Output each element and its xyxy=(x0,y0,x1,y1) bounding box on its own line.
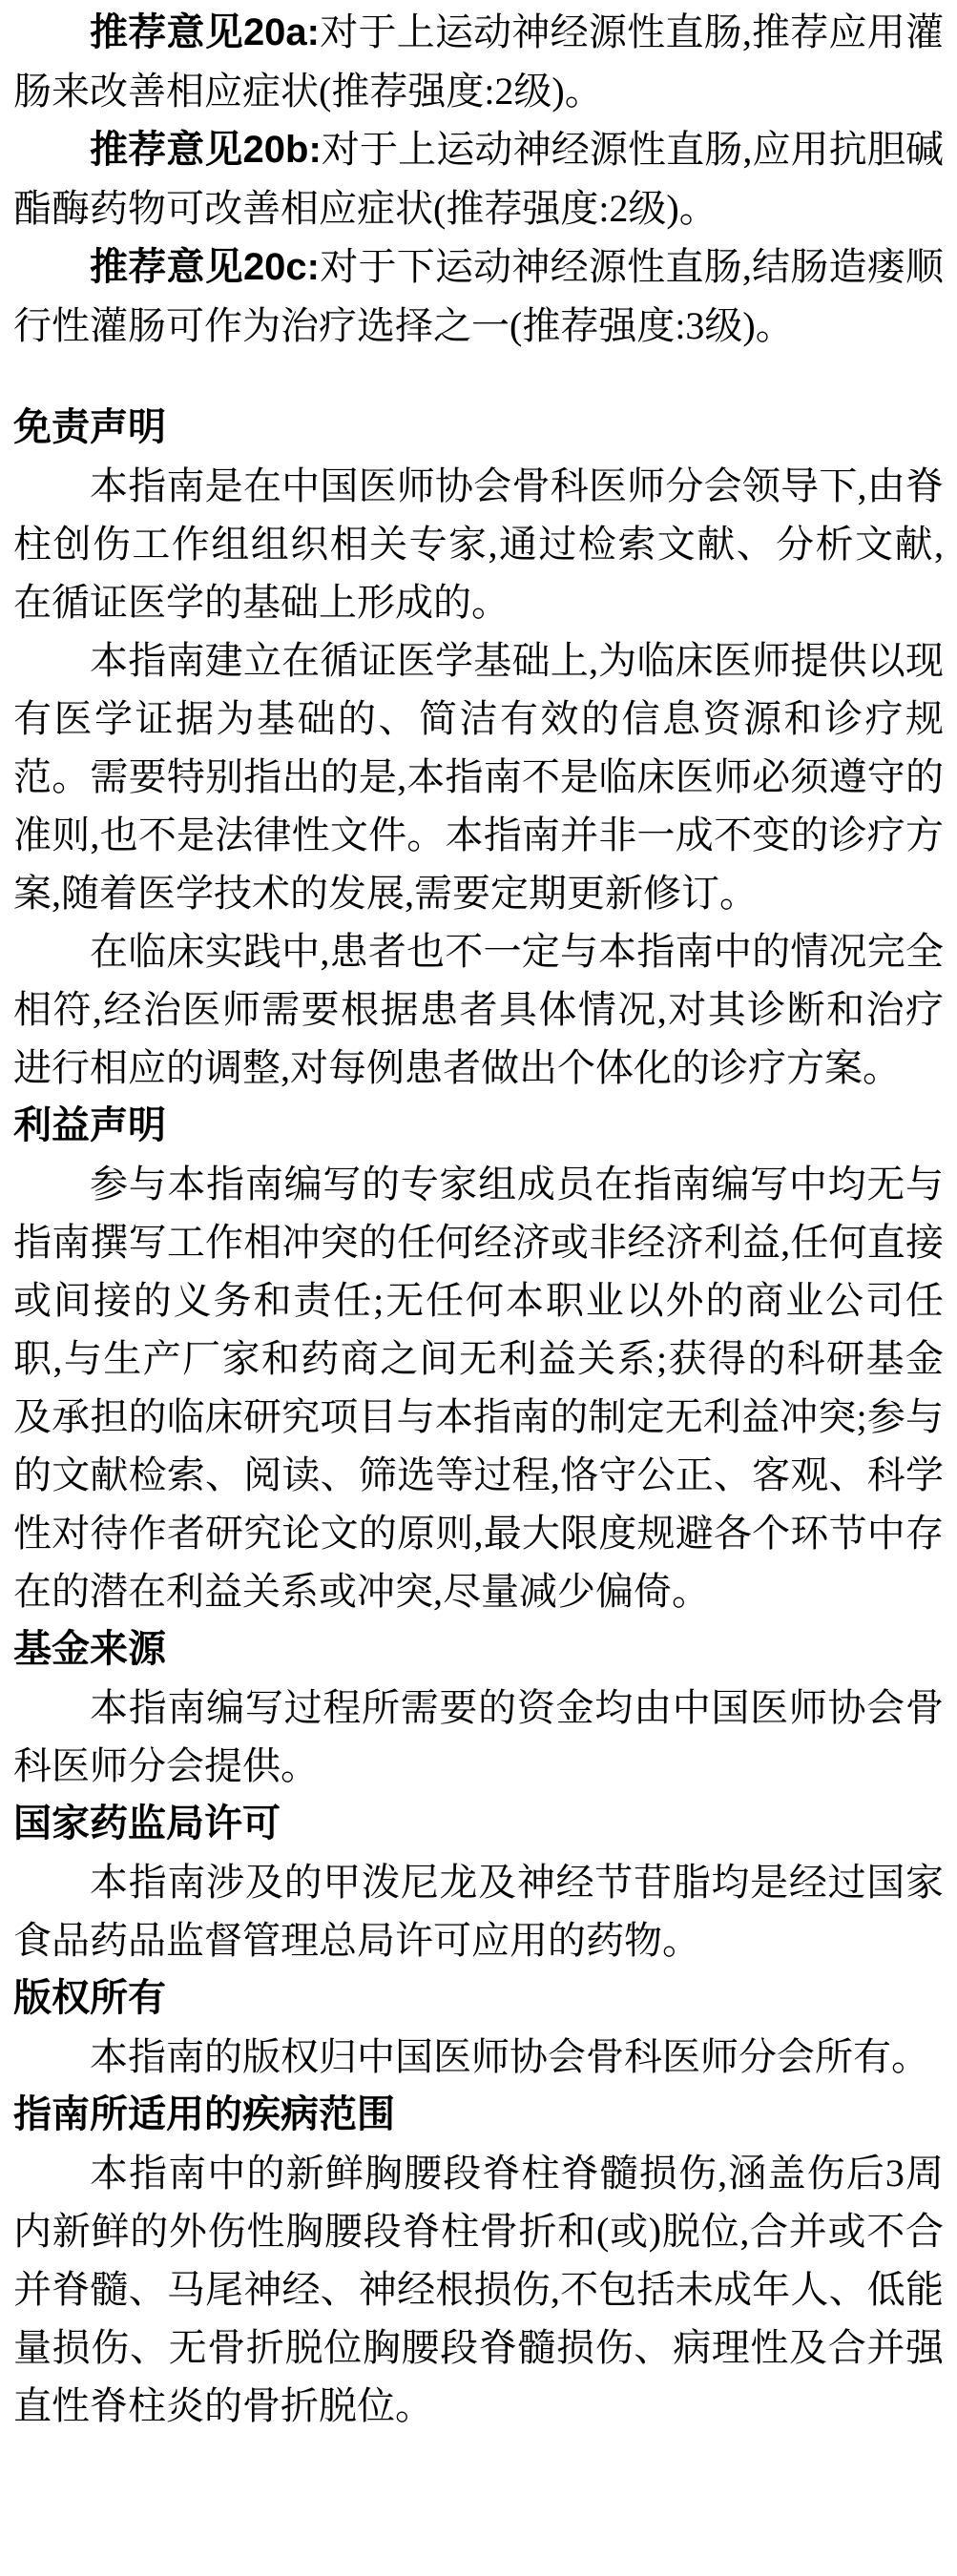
disclaimer-paragraph-1: 本指南是在中国医师协会骨科医师分会领导下,由脊柱创伤工作组组织相关专家,通过检索… xyxy=(13,457,944,631)
recommendation-label-20c: 推荐意见20c: xyxy=(90,246,320,288)
section-heading-copyright: 版权所有 xyxy=(13,1969,944,2028)
nmpa-approval-paragraph: 本指南涉及的甲泼尼龙及神经节苷脂均是经过国家食品药品监督管理总局许可应用的药物。 xyxy=(13,1853,944,1969)
recommendation-label-20a: 推荐意见20a: xyxy=(90,11,320,53)
disease-scope-paragraph: 本指南中的新鲜胸腰段脊柱脊髓损伤,涵盖伤后3周内新鲜的外伤性胸腰段脊柱骨折和(或… xyxy=(13,2144,944,2435)
section-heading-disclaimer: 免责声明 xyxy=(13,399,944,457)
recommendation-paragraph-20a: 推荐意见20a:对于上运动神经源性直肠,推荐应用灌肠来改善相应症状(推荐强度:2… xyxy=(13,3,944,120)
disclaimer-paragraph-3: 在临床实践中,患者也不一定与本指南中的情况完全相符,经治医师需要根据患者具体情况… xyxy=(13,922,944,1097)
section-heading-conflict-of-interest: 利益声明 xyxy=(13,1097,944,1155)
funding-source-paragraph: 本指南编写过程所需要的资金均由中国医师协会骨科医师分会提供。 xyxy=(13,1679,944,1795)
copyright-paragraph: 本指南的版权归中国医师协会骨科医师分会所有。 xyxy=(13,2028,944,2086)
recommendation-paragraph-20b: 推荐意见20b:对于上运动神经源性直肠,应用抗胆碱酯酶药物可改善相应症状(推荐强… xyxy=(13,120,944,237)
conflict-of-interest-paragraph: 参与本指南编写的专家组成员在指南编写中均无与指南撰写工作相冲突的任何经济或非经济… xyxy=(13,1155,944,1620)
recommendation-label-20b: 推荐意见20b: xyxy=(90,129,322,171)
recommendation-paragraph-20c: 推荐意见20c:对于下运动神经源性直肠,结肠造瘘顺行性灌肠可作为治疗选择之一(推… xyxy=(13,237,944,355)
section-heading-disease-scope: 指南所适用的疾病范围 xyxy=(13,2086,944,2144)
section-heading-funding-source: 基金来源 xyxy=(13,1620,944,1679)
disclaimer-paragraph-2: 本指南建立在循证医学基础上,为临床医师提供以现有医学证据为基础的、简洁有效的信息… xyxy=(13,631,944,922)
document-page: 推荐意见20a:对于上运动神经源性直肠,推荐应用灌肠来改善相应症状(推荐强度:2… xyxy=(0,0,957,2435)
section-heading-nmpa-approval: 国家药监局许可 xyxy=(13,1795,944,1853)
